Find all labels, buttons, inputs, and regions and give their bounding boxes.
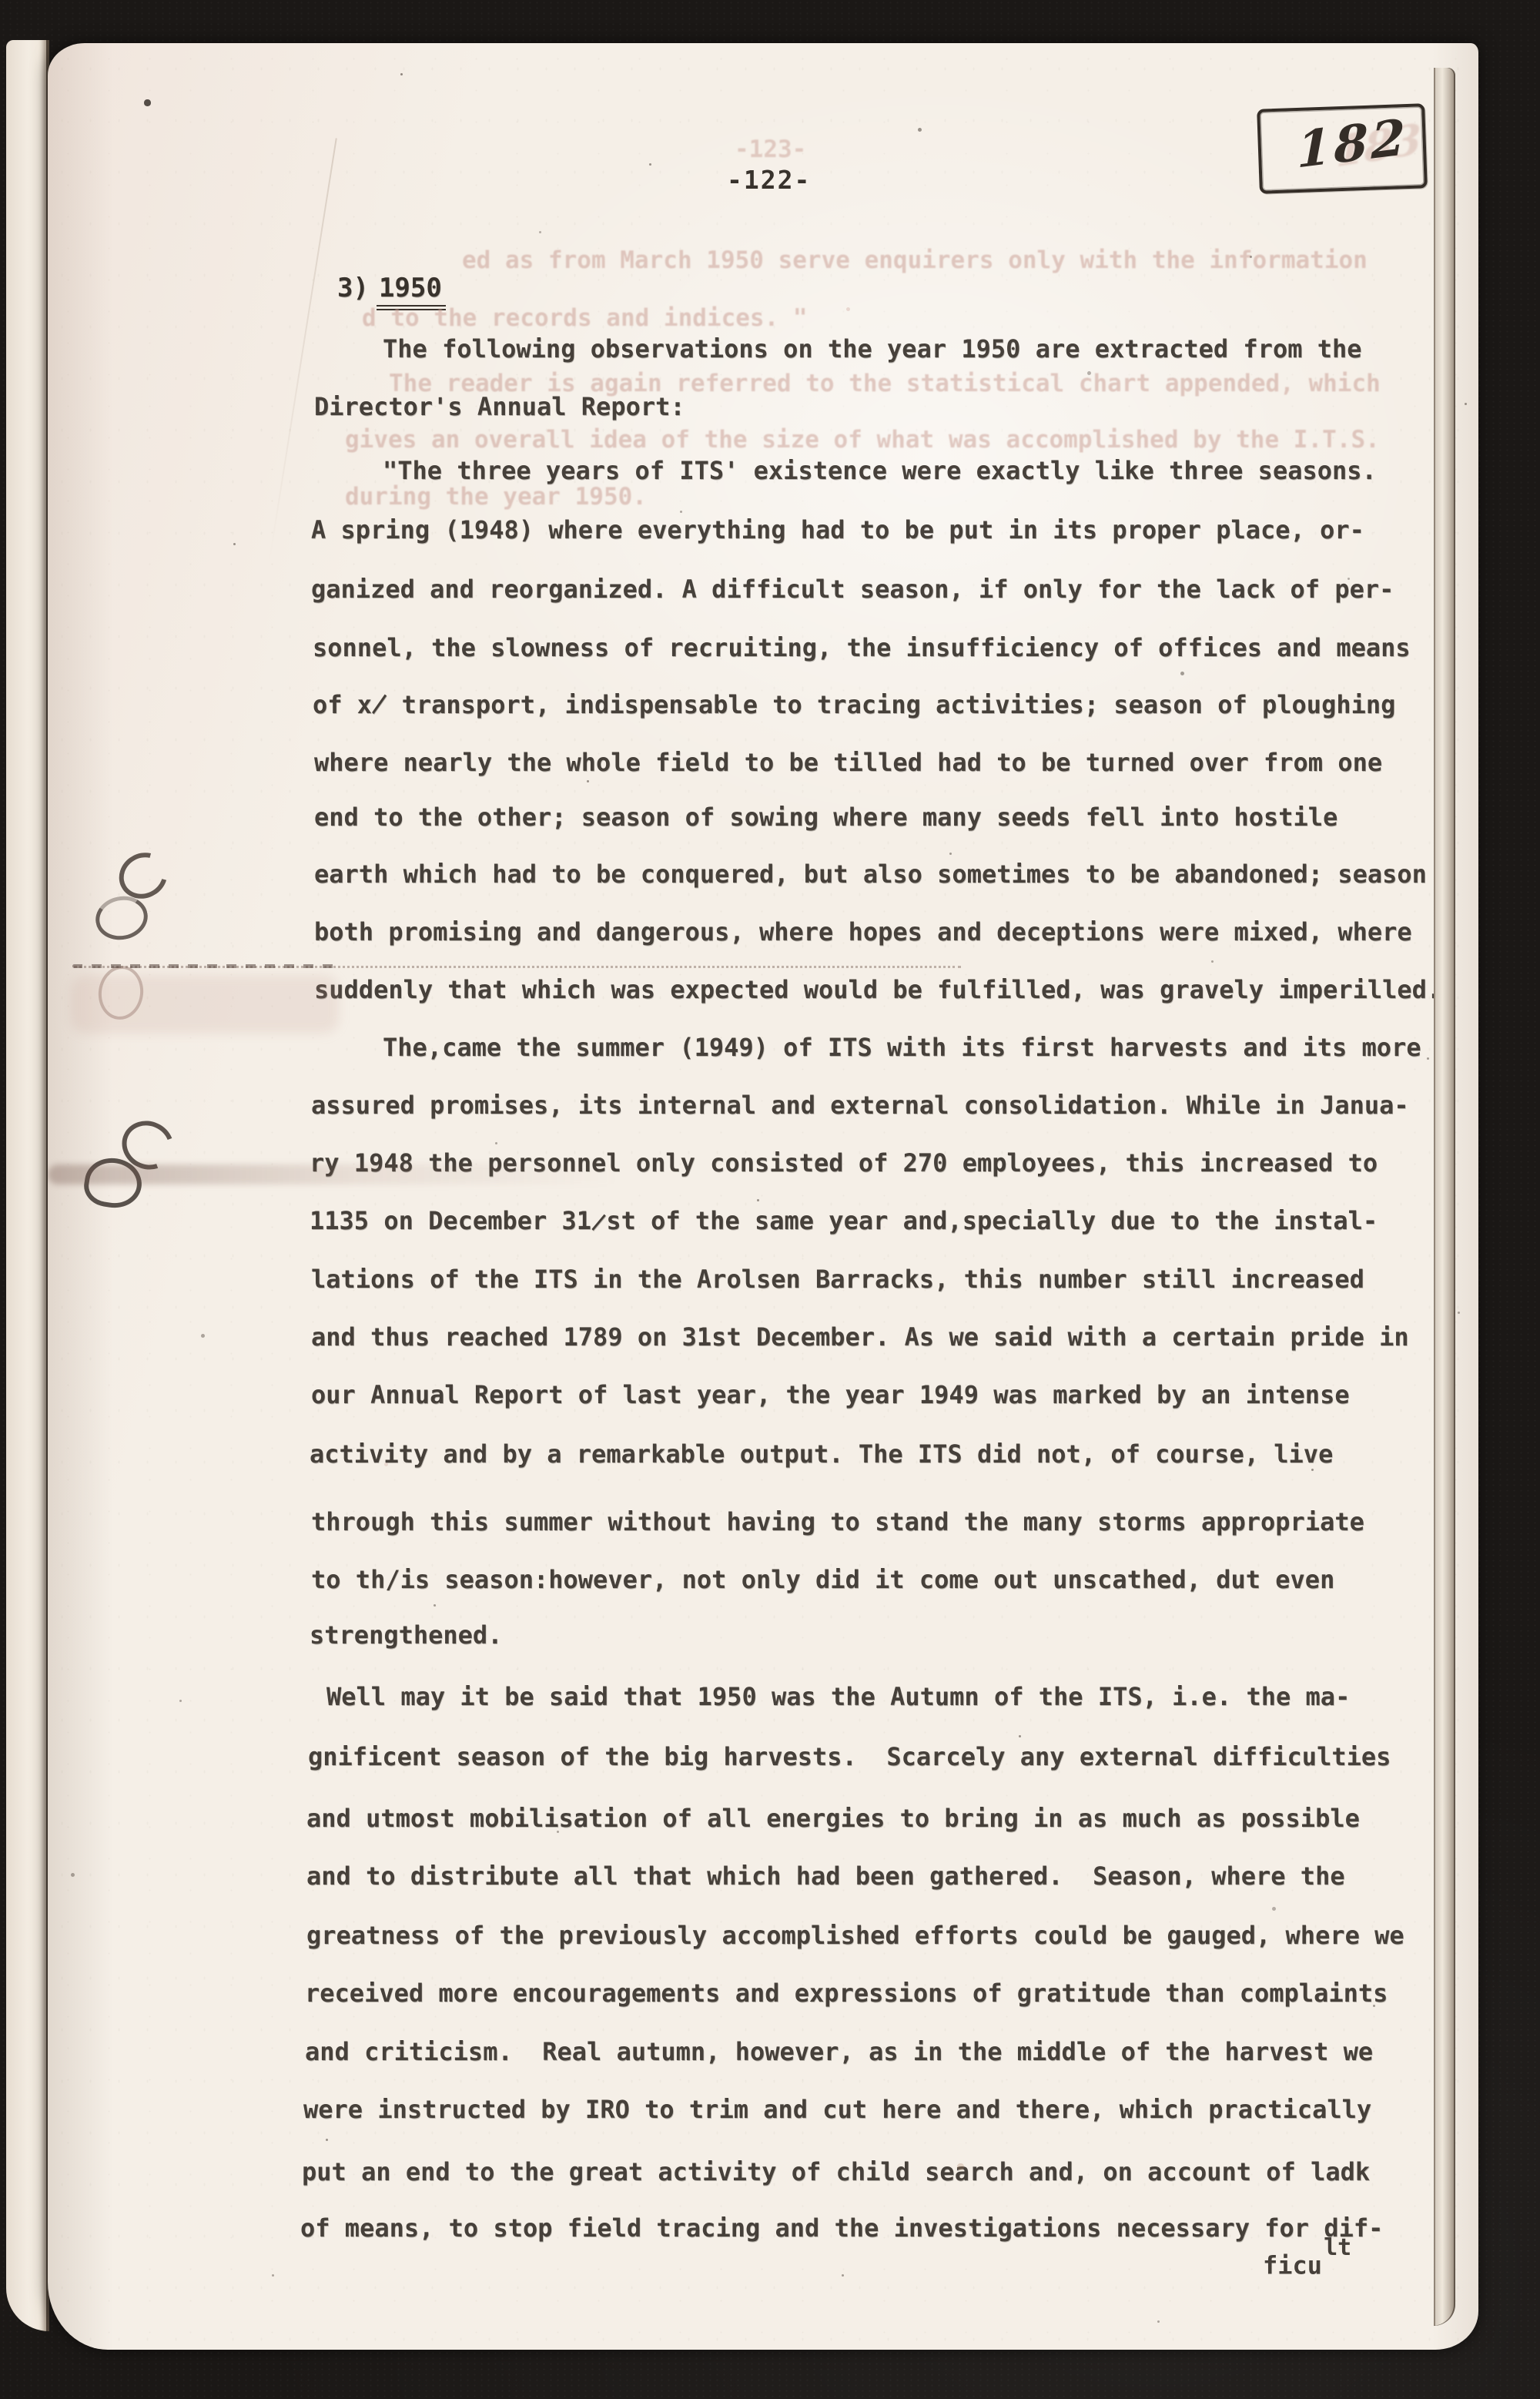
page-number: -122- <box>727 165 811 195</box>
typed-line: and criticism. Real autumn, however, as … <box>305 2037 1373 2066</box>
page-number-ghost: -123- <box>735 136 806 163</box>
right-page-edge-stack <box>1434 68 1455 2326</box>
ghost-line: during the year 1950. <box>345 483 647 511</box>
typed-line: "The three years of ITS' existence were … <box>383 456 1377 485</box>
typed-line: to th/is season:however, not only did it… <box>311 1565 1334 1594</box>
ink-smudge <box>48 1164 619 1184</box>
dotted-smudge-line-dark <box>72 964 336 968</box>
typed-line: earth which had to be conquered, but als… <box>314 859 1427 889</box>
typed-line: our Annual Report of last year, the year… <box>311 1380 1350 1409</box>
ink-smudge <box>71 975 339 1034</box>
ghost-line: d to the records and indices. " <box>362 304 808 332</box>
typed-line: activity and by a remarkable output. The… <box>310 1439 1333 1469</box>
punch-ring-artifact <box>92 892 152 945</box>
typed-line: 1135 on December 31̷st of the same year … <box>310 1206 1378 1235</box>
typed-line: greatness of the previously accomplished… <box>306 1921 1404 1950</box>
folio-stamp-number: 182 <box>1297 108 1408 179</box>
typed-line: end to the other; season of sowing where… <box>314 802 1337 832</box>
catchword-pre: ficu <box>1263 2251 1322 2280</box>
ghost-line: ed as from March 1950 serve enquirers on… <box>462 246 1368 274</box>
scanned-book-photo: { "colors": { "background": "#1b1816", "… <box>0 0 1540 2399</box>
typed-line: of x̸ transport, indispensable to tracin… <box>313 690 1395 719</box>
typed-line: Director's Annual Report: <box>314 392 685 421</box>
typed-line: both promising and dangerous, where hope… <box>314 917 1412 947</box>
typed-line: The,came the summer (1949) of ITS with i… <box>383 1033 1421 1062</box>
typed-line: gnificent season of the big harvests. Sc… <box>308 1742 1391 1771</box>
catchword-sup: lt <box>1324 2234 1351 2261</box>
typed-line: and thus reached 1789 on 31st December. … <box>311 1322 1409 1352</box>
ghost-line: gives an overall idea of the size of wha… <box>345 426 1380 454</box>
typed-line: strengthened. <box>310 1620 502 1650</box>
typed-line: were instructed by IRO to trim and cut h… <box>303 2095 1371 2124</box>
typed-line: lations of the ITS in the Arolsen Barrac… <box>311 1265 1364 1294</box>
typed-line: A spring (1948) where everything had to … <box>311 515 1364 544</box>
typed-line: assured promises, its internal and exter… <box>311 1091 1409 1120</box>
catchword: ficult <box>1263 2244 1350 2280</box>
typed-line: and utmost mobilisation of all energies … <box>306 1804 1360 1833</box>
typed-line: ganized and reorganized. A difficult sea… <box>311 575 1394 604</box>
underlying-page-edges <box>6 40 49 2331</box>
typed-line: put an end to the great activity of chil… <box>302 2157 1370 2186</box>
typed-line: sonnel, the slowness of recruiting, the … <box>313 633 1411 662</box>
paper-scratch <box>268 138 337 564</box>
section-heading-index: 3) <box>337 273 369 303</box>
typed-line: where nearly the whole field to be tille… <box>314 748 1382 777</box>
typed-line: The following observations on the year 1… <box>383 334 1362 364</box>
typed-line: Well may it be said that 1950 was the Au… <box>326 1682 1350 1711</box>
folio-stamp-box: 183 182 <box>1257 103 1428 194</box>
ink-specks <box>48 43 50 45</box>
typed-line: suddenly that which was expected would b… <box>314 975 1441 1004</box>
typed-line: received more encouragements and express… <box>305 1979 1388 2008</box>
typed-line: and to distribute all that which had bee… <box>306 1861 1345 1891</box>
typed-line: through this summer without having to st… <box>311 1507 1364 1536</box>
document-page: -123- -122- 183 182 3)1950 ed as from Ma… <box>48 43 1478 2350</box>
typed-line: of means, to stop field tracing and the … <box>300 2213 1383 2243</box>
